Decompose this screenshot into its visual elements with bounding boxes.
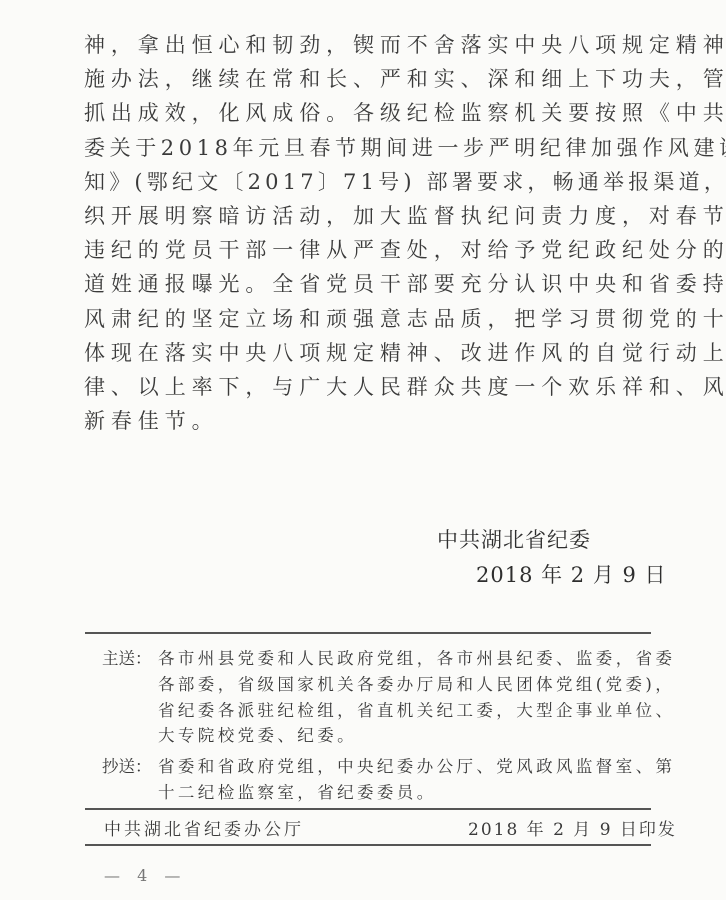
- body-line: 道姓通报曝光。全省党员干部要充分认识中央和省委持之以恒正: [84, 267, 664, 301]
- divider-bottom: [85, 844, 651, 846]
- signature-organization: 中共湖北省纪委: [437, 524, 591, 554]
- issuer: 中共湖北省纪委办公厅: [104, 815, 304, 840]
- body-line: 神，拿出恒心和韧劲，锲而不舍落实中央八项规定精神和省委实: [84, 28, 664, 62]
- body-line: 施办法，继续在常和长、严和实、深和细上下功夫，管出习惯、: [84, 62, 664, 96]
- issue-date: 2018 年 2 月 9 日印发: [468, 815, 677, 840]
- page-number: — 4 —: [104, 866, 186, 885]
- body-line: 知》(鄂纪文〔2017〕71号) 部署要求，畅通举报渠道，集中组: [84, 165, 664, 199]
- body-line: 律、以上率下，与广大人民群众共度一个欢乐祥和、风清气正的: [84, 370, 664, 404]
- body-line: 违纪的党员干部一律从严查处，对给予党纪政纪处分的一律点名: [84, 233, 664, 267]
- cc-line: 省委和省政府党组，中央纪委办公厅、党风政风监督室、第: [158, 757, 675, 776]
- main-recipients-label: 主送：: [102, 646, 158, 672]
- divider-top: [85, 632, 651, 634]
- cc-label: 抄送：: [102, 754, 158, 780]
- body-text: 神，拿出恒心和韧劲，锲而不舍落实中央八项规定精神和省委实 施办法，继续在常和长、…: [84, 28, 664, 438]
- main-recipients-line: 各市州县党委和人民政府党组，各市州县纪委、监委，省委: [158, 649, 675, 668]
- main-recipients-line: 大专院校党委、纪委。: [102, 723, 675, 749]
- divider-middle: [85, 808, 651, 810]
- body-line: 委关于2018年元旦春节期间进一步严明纪律加强作风建设的通: [84, 131, 664, 165]
- main-recipients-line: 各部委，省级国家机关各委办厅局和人民团体党组(党委)，: [102, 672, 675, 698]
- body-line: 新春佳节。: [84, 404, 664, 438]
- cc-line: 十二纪检监察室，省纪委委员。: [102, 780, 675, 806]
- main-recipients-line: 省纪委各派驻纪检组，省直机关纪工委，大型企事业单位、: [102, 698, 675, 724]
- signature-date: 2018 年 2 月 9 日: [476, 559, 667, 589]
- distribution-main: 主送：各市州县党委和人民政府党组，各市州县纪委、监委，省委 各部委，省级国家机关…: [102, 646, 675, 749]
- distribution-cc: 抄送：省委和省政府党组，中央纪委办公厅、党风政风监督室、第 十二纪检监察室，省纪…: [102, 754, 675, 806]
- body-line: 抓出成效，化风成俗。各级纪检监察机关要按照《中共湖北省纪: [84, 96, 664, 130]
- body-line: 风肃纪的坚定立场和顽强意志品质，把学习贯彻党的十九大精神: [84, 302, 664, 336]
- body-line: 体现在落实中央八项规定精神、改进作风的自觉行动上，廉洁自: [84, 336, 664, 370]
- body-line: 织开展明察暗访活动，加大监督执纪问责力度，对春节期间顶风: [84, 199, 664, 233]
